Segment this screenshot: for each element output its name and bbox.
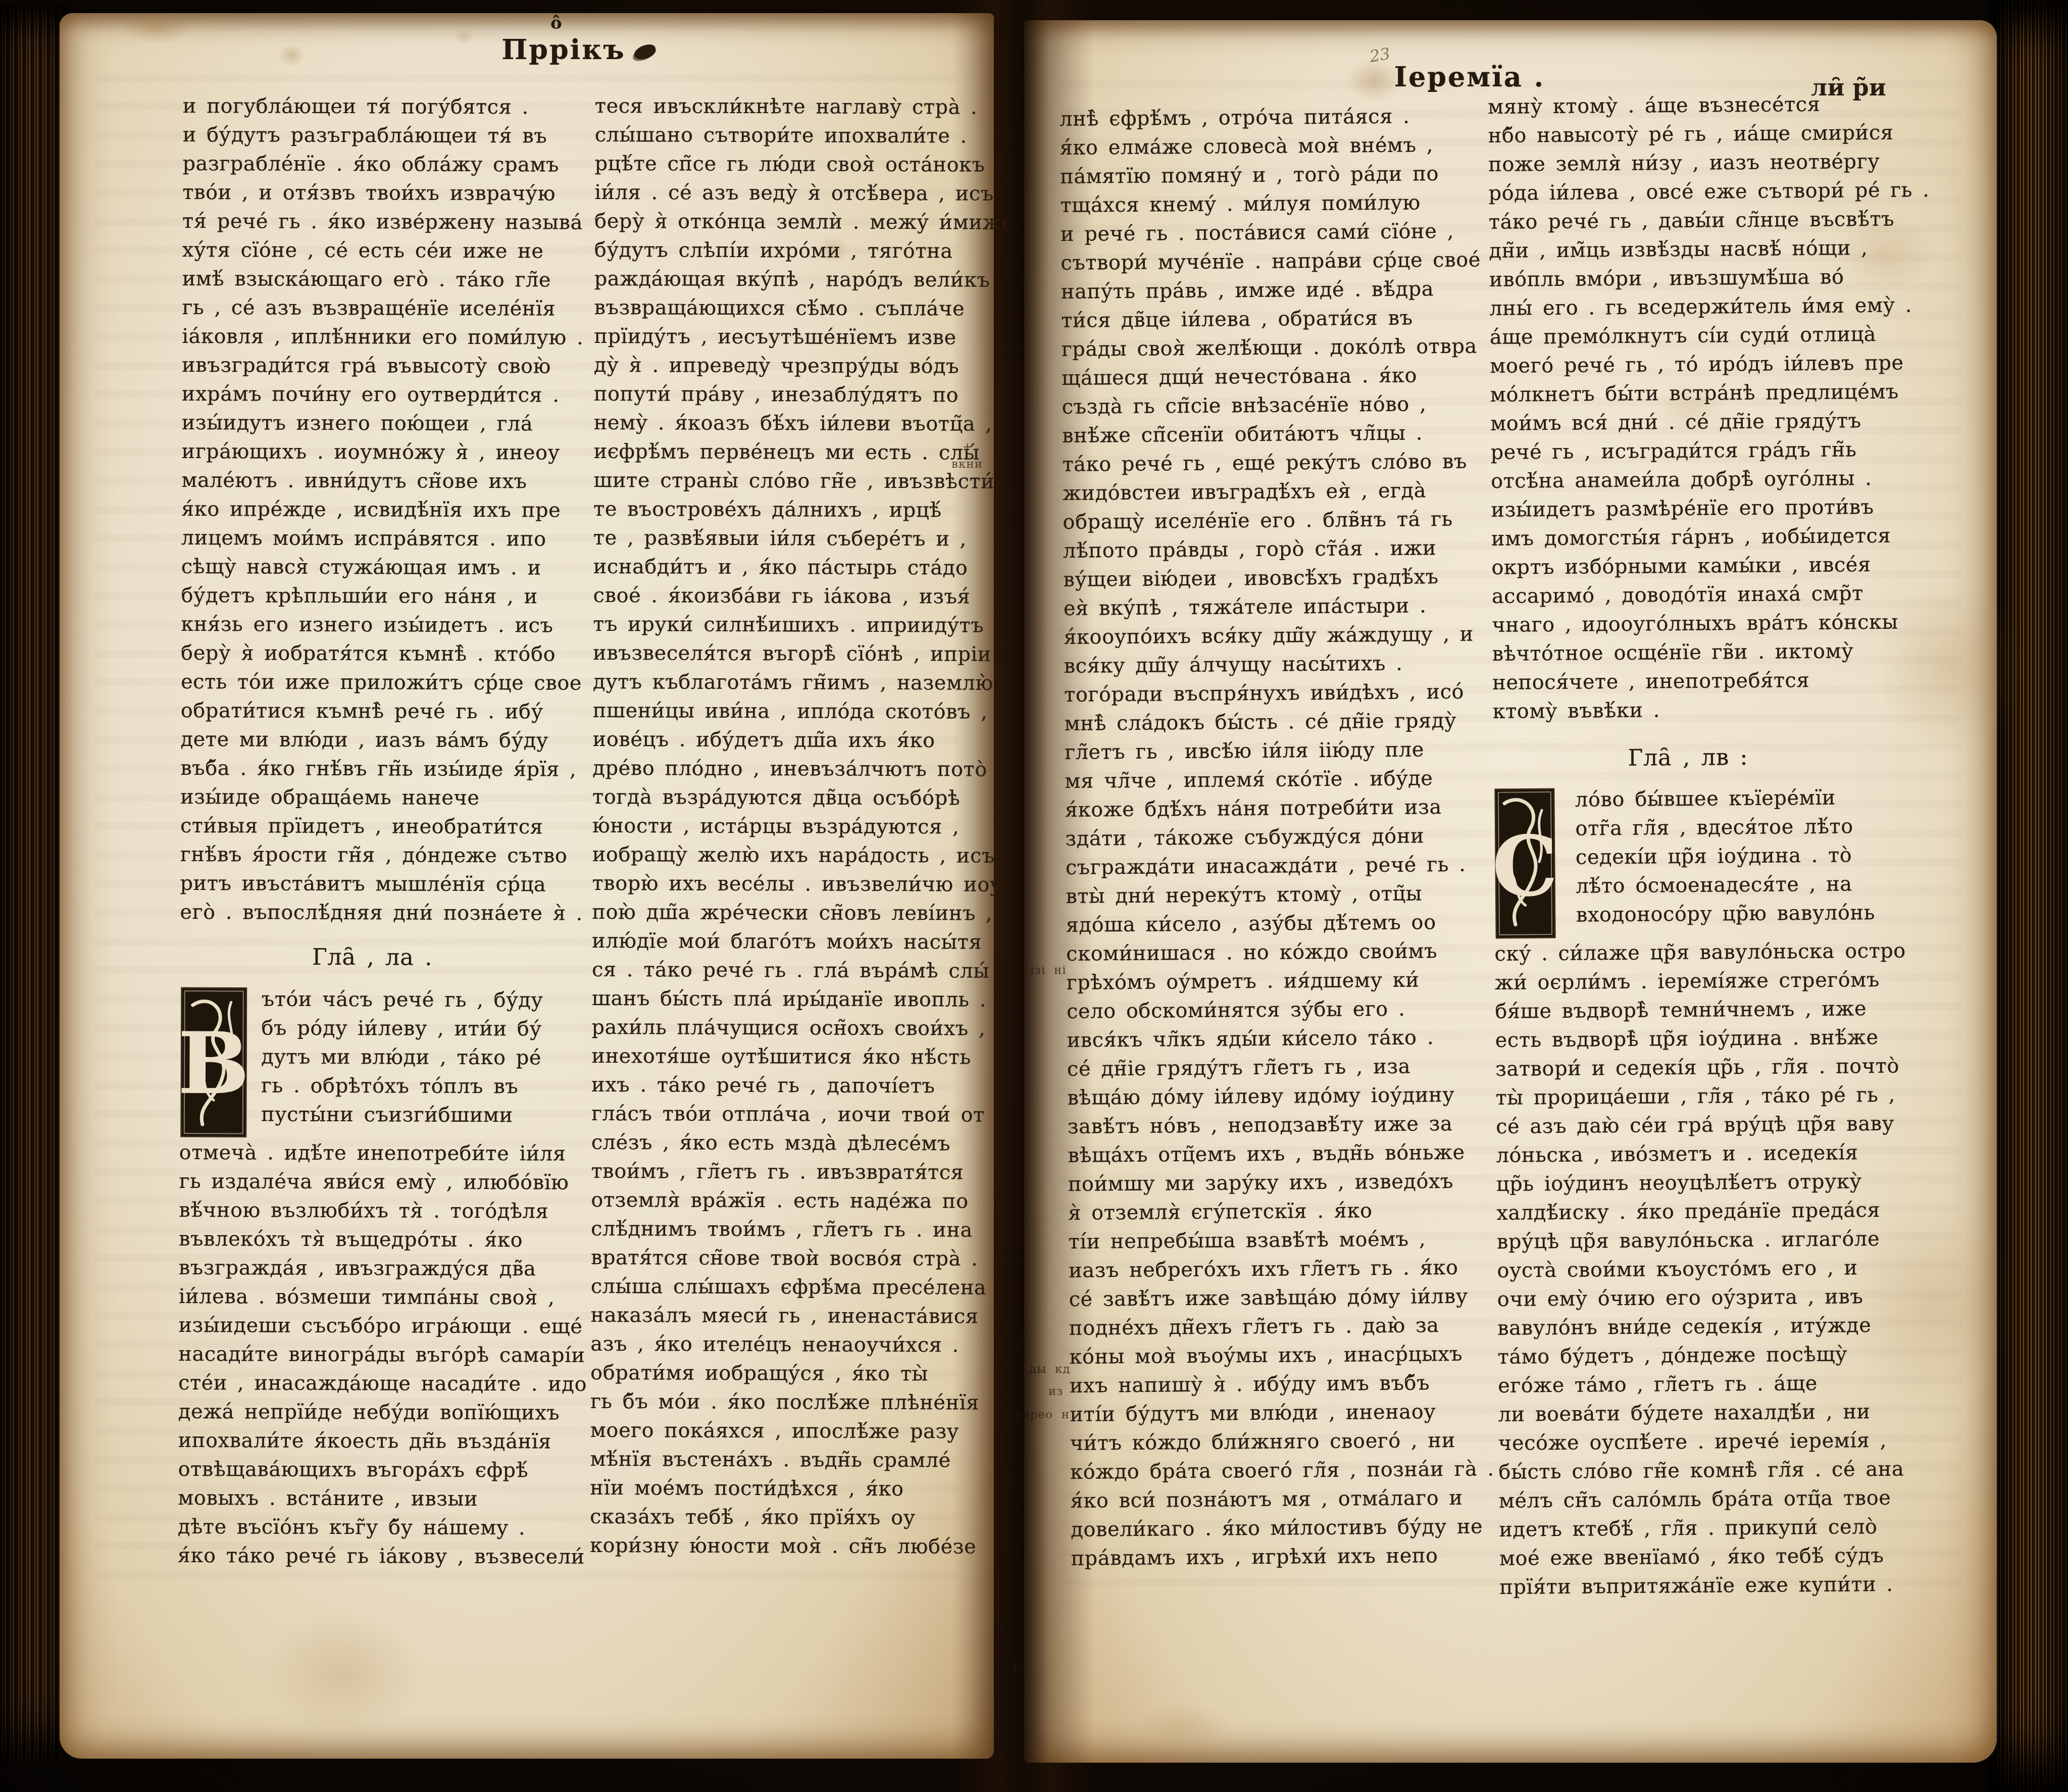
open-book-photo: ôПррікъ Іеремїа . ли̑ р̃и 23 и погубла́ю…: [0, 0, 2068, 1792]
marginal-note: вкни: [951, 458, 983, 471]
marginal-note: из: [1048, 1385, 1064, 1398]
marginal-note: ды кд: [1029, 1363, 1071, 1376]
marginal-note: ізі ні: [1030, 964, 1067, 977]
marginal-note: +: [963, 440, 973, 454]
marginal-note: іо: [1013, 1662, 1025, 1675]
marginalia-layer: +вкниізі ніды кдизєврео ніо: [0, 0, 2068, 1792]
marginal-note: єврео н: [1016, 1408, 1070, 1421]
